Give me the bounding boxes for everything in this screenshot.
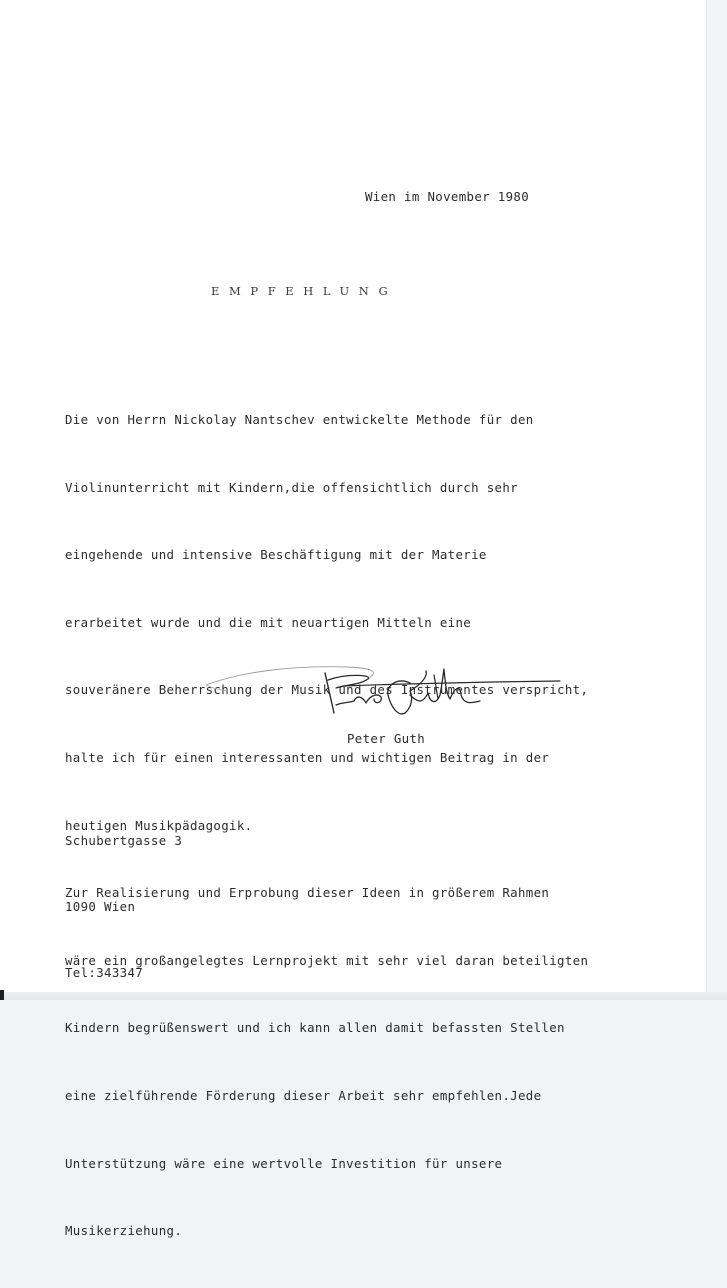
body-line: Die von Herrn Nickolay Nantschev entwick… [65, 409, 588, 432]
letter-heading: EMPFEHLUNG [211, 280, 397, 303]
signer-name: Peter Guth [347, 728, 425, 751]
letter-page: Wien im November 1980 EMPFEHLUNG Die von… [0, 0, 707, 993]
body-line: Violinunterricht mit Kindern,die offensi… [65, 477, 588, 500]
address-city: 1090 Wien [65, 896, 182, 918]
address-street: Schubertgasse 3 [65, 830, 182, 852]
body-line: eingehende und intensive Beschäftigung m… [65, 544, 588, 567]
scanner-bed-edge [0, 992, 727, 1000]
body-line: erarbeitet wurde und die mit neuartigen … [65, 612, 588, 635]
body-line: halte ich für einen interessanten und wi… [65, 747, 588, 770]
sender-address: Schubertgasse 3 1090 Wien Tel:343347 [65, 786, 182, 1000]
date-line: Wien im November 1980 [365, 186, 529, 209]
address-phone: Tel:343347 [65, 962, 182, 984]
signature-icon [198, 655, 568, 725]
scanner-shadow [0, 990, 4, 1000]
